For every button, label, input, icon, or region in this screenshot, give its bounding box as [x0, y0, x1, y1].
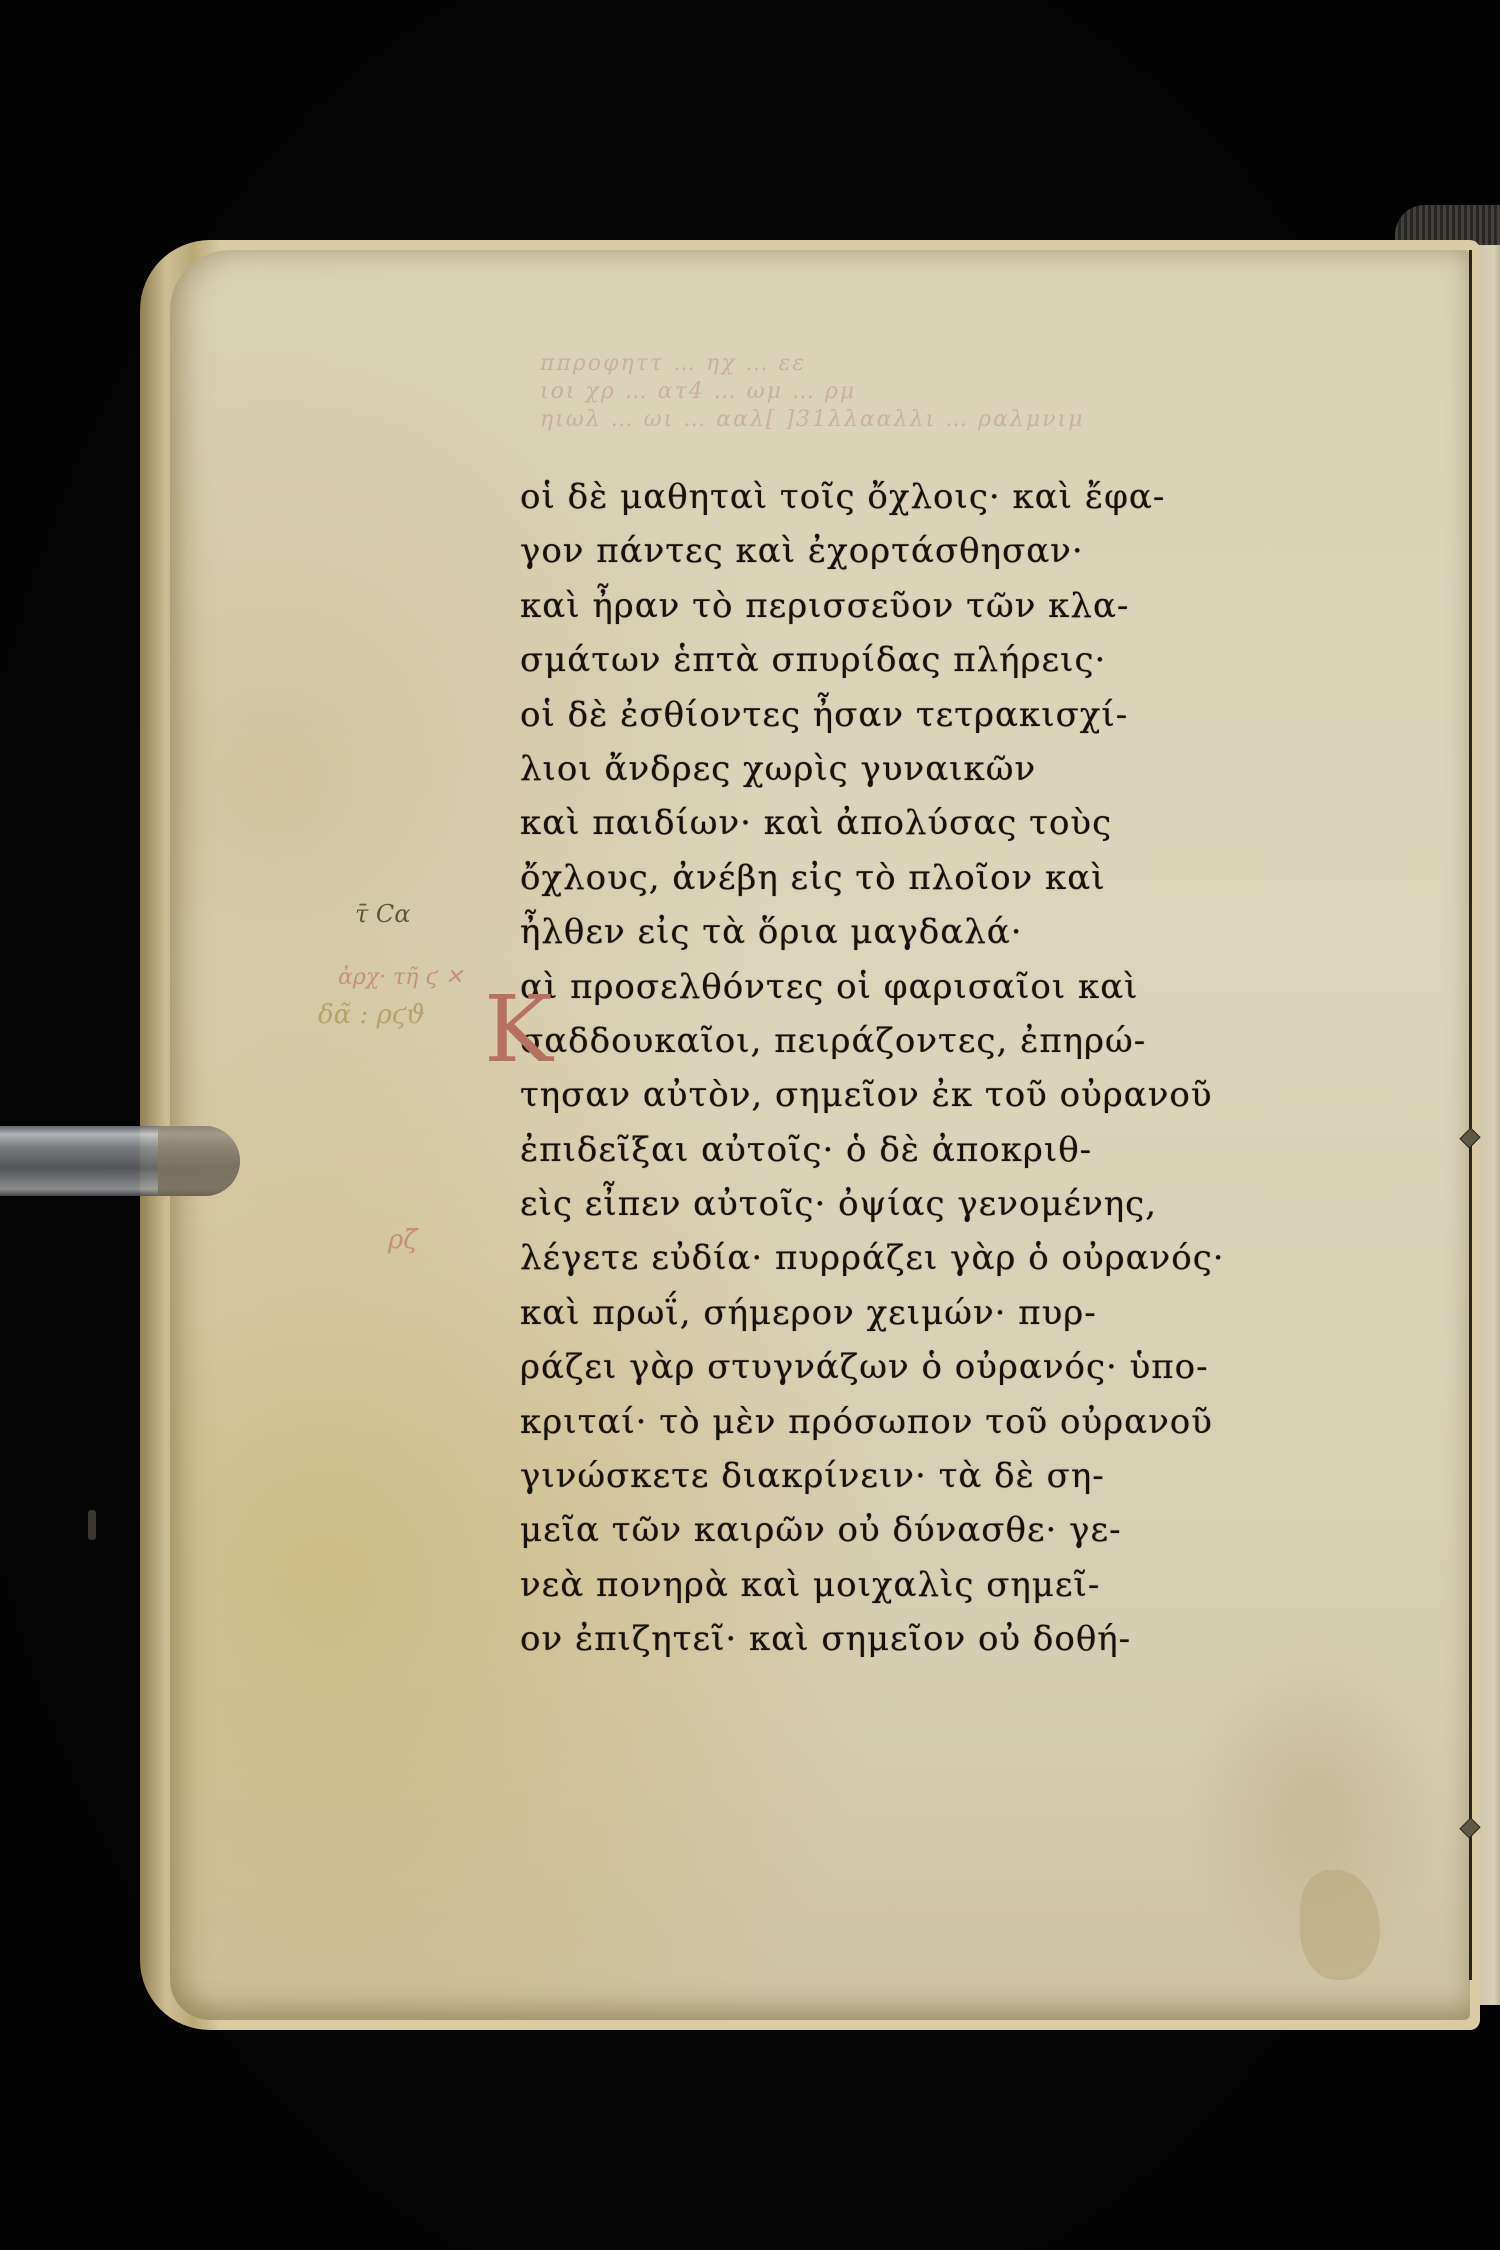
- offset-ghost-text: ππροφηττ … ηχ … εε ιοι χρ … ατ4 … ωμ … ρ…: [540, 350, 1340, 450]
- text-line: τησαν αὐτὸν, σημεῖον ἐκ τοῦ οὐρανοῦ: [520, 1068, 1400, 1122]
- text-line: λιοι ἄνδρες χωρὶς γυναικῶν: [520, 742, 1400, 796]
- text-line: ράζει γὰρ στυγνάζων ὁ οὐρανός· ὑπο-: [520, 1340, 1400, 1394]
- marginal-note-dark: τ̄ Cα: [355, 900, 410, 928]
- clip-pin: [88, 1510, 96, 1540]
- text-line: νεὰ πονηρὰ καὶ μοιχαλὶς σημεῖ-: [520, 1558, 1400, 1612]
- ghost-line: ππροφηττ … ηχ … εε: [540, 350, 1340, 378]
- rubricated-initial: Κ: [484, 984, 553, 1076]
- text-line: σμάτων ἑπτὰ σπυρίδας πλήρεις·: [520, 633, 1400, 687]
- section-number: ρζ̄: [388, 1225, 417, 1255]
- marginal-note-olive: δα̃ : ρϛϑ: [318, 1000, 425, 1030]
- text-line: λέγετε εὐδία· πυρράζει γὰρ ὁ οὐρανός·: [520, 1231, 1400, 1285]
- text-line: καὶ πρωΐ, σήμερον χειμών· πυρ-: [520, 1286, 1400, 1340]
- text-line: γον πάντες καὶ ἐχορτάσθησαν·: [520, 524, 1400, 578]
- ghost-line: ιοι χρ … ατ4 … ωμ … ρμ: [540, 378, 1340, 406]
- ghost-line: ηιωλ … ωι … ααλ[ ]31λλααλλι … ραλμνιμ: [540, 406, 1340, 434]
- text-line: γινώσκετε διακρίνειν· τὰ δὲ ση-: [520, 1449, 1400, 1503]
- text-line: αὶ προσελθόντες οἱ φαρισαῖοι καὶ: [520, 960, 1400, 1014]
- text-line: μεῖα τῶν καιρῶν οὐ δύνασθε· γε-: [520, 1503, 1400, 1557]
- text-line: καὶ ἦραν τὸ περισσεῦον τῶν κλα-: [520, 579, 1400, 633]
- text-line: ον ἐπιζητεῖ· καὶ σημεῖον οὐ δοθή-: [520, 1612, 1400, 1666]
- gutter-fold: [1469, 250, 1472, 1980]
- text-line: κριταί· τὸ μὲν πρόσωπον τοῦ οὐρανοῦ: [520, 1395, 1400, 1449]
- text-line: ἐπιδεῖξαι αὐτοῖς· ὁ δὲ ἀποκριθ-: [520, 1123, 1400, 1177]
- glass-rod-tip: [158, 1126, 240, 1196]
- text-line: ὄχλους, ἀνέβη εἰς τὸ πλοῖον καὶ: [520, 851, 1400, 905]
- text-line: οἱ δὲ ἐσθίοντες ἦσαν τετρακισχί-: [520, 688, 1400, 742]
- text-line: οἱ δὲ μαθηταὶ τοῖς ὄχλοις· καὶ ἔφα-: [520, 470, 1400, 524]
- main-text-block: οἱ δὲ μαθηταὶ τοῖς ὄχλοις· καὶ ἔφα- γον …: [520, 470, 1400, 1667]
- text-line: εὶς εἶπεν αὐτοῖς· ὀψίας γενομένης,: [520, 1177, 1400, 1231]
- text-line: ἦλθεν εἰς τὰ ὅρια μαγδαλά·: [520, 905, 1400, 959]
- text-line: σαδδουκαῖοι, πειράζοντες, ἐπηρώ-: [520, 1014, 1400, 1068]
- marginal-note-red: ἀρχ· τῆ ϛ ✕: [338, 965, 463, 990]
- text-line: καὶ παιδίων· καὶ ἀπολύσας τοὺς: [520, 796, 1400, 850]
